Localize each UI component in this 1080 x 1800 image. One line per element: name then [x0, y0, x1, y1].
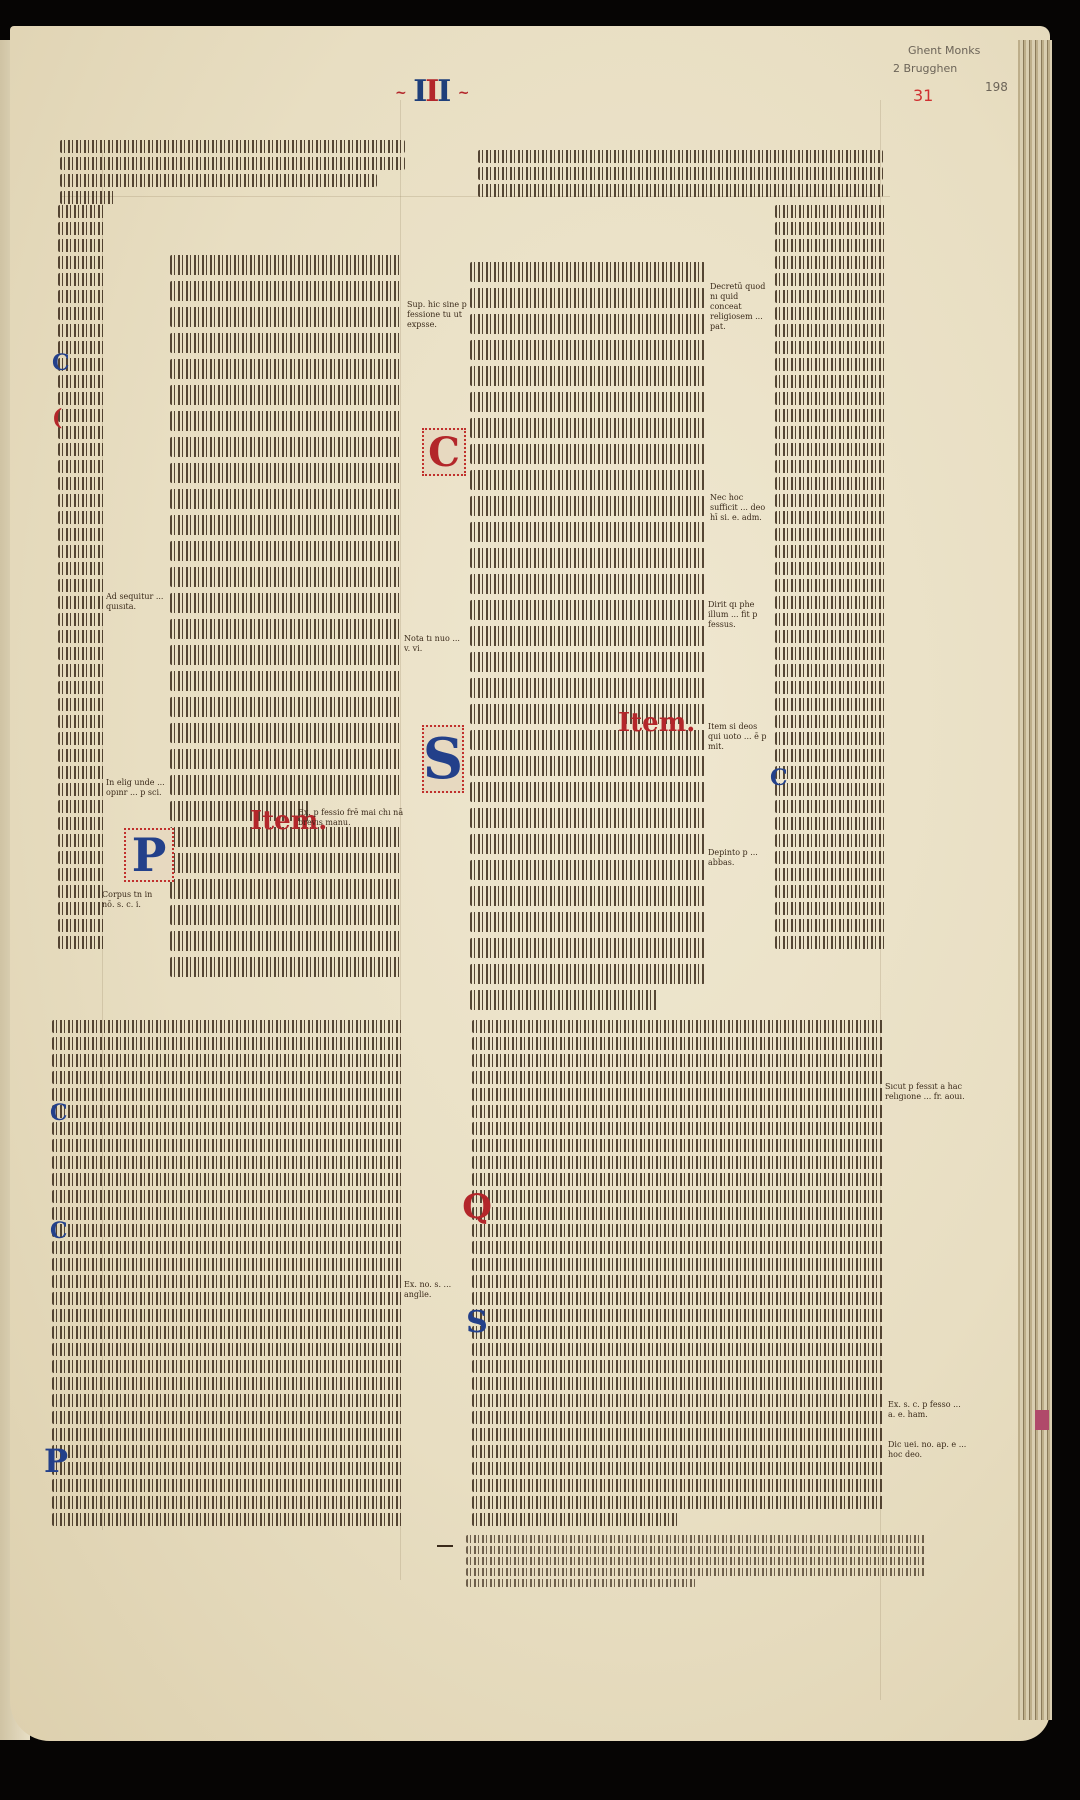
- running-head-letter: I: [437, 74, 449, 109]
- gloss-top-right: ta mōachum ēe ē sollēpnı cat uotum. ēt d…: [478, 150, 883, 201]
- small-initial-c: C: [770, 765, 788, 791]
- item-rubric-initial: Item.: [618, 708, 695, 738]
- marginal-note: Sıcut p fessıt a hac relıgıone ... fr. a…: [885, 1082, 977, 1102]
- marginal-note: Dic uei. no. ap. e ... hoc deo.: [888, 1440, 968, 1460]
- gloss-initial-p: P: [40, 1443, 72, 1479]
- main-text-column-1: scand. a mıllıa copulıt uıt. ad: [170, 255, 402, 983]
- marginal-note: Nec hoc sufficit ... deo hī si. e. adm.: [710, 493, 772, 523]
- marginal-note: Ex. s. c. p fesso ... a. e. ham.: [888, 1400, 968, 1420]
- marginal-note: Ad sequitur ... quısıta.: [106, 592, 166, 612]
- running-head: ~ III ~: [395, 74, 468, 109]
- red-folio-number: 31: [913, 86, 933, 105]
- page-tab-marker: [1035, 1410, 1049, 1430]
- gloss-right-column: [775, 205, 885, 953]
- gloss-bottom-left: [52, 1020, 404, 1530]
- marginal-note: Item si deos qui uoto ... ē p mit.: [708, 722, 770, 752]
- gloss-bottom-right: [472, 1020, 884, 1530]
- decorated-initial-s: S: [422, 725, 464, 793]
- gloss-initial-s: S: [462, 1305, 492, 1339]
- marginal-note: Nota tı nuo ... v. vi.: [404, 634, 466, 654]
- flourish: ~: [458, 85, 468, 101]
- marginal-note: Decretū quod nı quid conceat religiosem …: [710, 282, 772, 332]
- small-initial-c: C: [50, 1100, 68, 1126]
- gloss-left-column: [58, 205, 106, 953]
- marginal-note: Ex. no. s. ... anglie.: [404, 1280, 464, 1300]
- decorated-initial-p: P: [124, 828, 174, 882]
- main-text-column-2: Cellarius ecclesie: [470, 262, 705, 1016]
- marginal-note: Corpus tn in nō. s. c. i.: [102, 890, 162, 910]
- running-head-letter: I: [425, 74, 437, 109]
- flourish: ~: [395, 85, 405, 101]
- marginal-note: Dirit qı phe illum ... fit p fessus.: [708, 600, 770, 630]
- decorated-initial-c: C: [422, 428, 466, 476]
- marginal-note: In elig unde ... opınr ... p sci.: [106, 778, 166, 798]
- marginal-note: Sup. hic sine p fessione tu ut expsse.: [407, 300, 469, 330]
- small-initial-r: (: [52, 405, 62, 431]
- bottom-note: ul. ho. adıcimuss. i. e. ad aplicum. a. …: [466, 1535, 926, 1590]
- book-fore-edge: [1018, 40, 1052, 1720]
- running-head-letter: I: [413, 74, 425, 109]
- pencil-note: Ghent Monks: [908, 44, 980, 57]
- gloss-top-left: tiiij. ut ex. q. i. c. iiij. nā . ın dıo…: [60, 140, 405, 208]
- gloss-initial-q: Q: [462, 1190, 492, 1224]
- folio-number: 198: [985, 80, 1008, 94]
- small-initial-c: C: [52, 350, 70, 376]
- pencil-note: 2 Brugghen: [893, 62, 957, 75]
- marginal-note: Ex. p fessio frē mai chı nā brevıs manu.: [298, 808, 408, 828]
- pointer-mark: [437, 1545, 453, 1547]
- marginal-note: Depinto p ... abbas.: [708, 848, 770, 868]
- small-initial-c: C: [50, 1218, 68, 1244]
